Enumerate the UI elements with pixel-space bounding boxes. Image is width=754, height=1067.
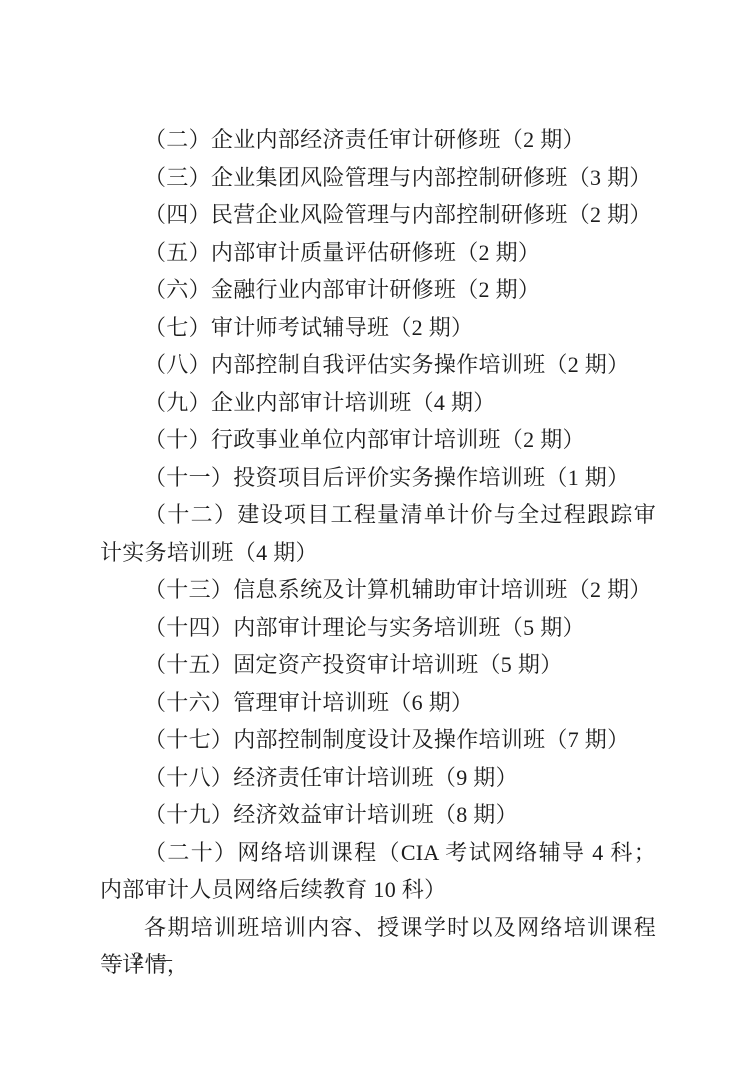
training-item-18: （十八）经济责任审计培训班（9 期） [100, 759, 656, 797]
training-item-3: （三）企业集团风险管理与内部控制研修班（3 期） [100, 159, 656, 197]
closing-paragraph: 各期培训班培训内容、授课学时以及网络培训课程等详情， [100, 909, 656, 984]
training-item-15: （十五）固定资产投资审计培训班（5 期） [100, 646, 656, 684]
training-item-9: （九）企业内部审计培训班（4 期） [100, 384, 656, 422]
training-item-16: （十六）管理审计培训班（6 期） [100, 684, 656, 722]
training-item-5: （五）内部审计质量评估研修班（2 期） [100, 234, 656, 272]
training-item-2: （二）企业内部经济责任审计研修班（2 期） [100, 121, 656, 159]
training-item-12: （十二）建设项目工程量清单计价与全过程跟踪审计实务培训班（4 期） [100, 496, 656, 571]
training-item-4: （四）民营企业风险管理与内部控制研修班（2 期） [100, 196, 656, 234]
training-item-17: （十七）内部控制制度设计及操作培训班（7 期） [100, 721, 656, 759]
document-page: （二）企业内部经济责任审计研修班（2 期） （三）企业集团风险管理与内部控制研修… [0, 0, 754, 1067]
training-item-11: （十一）投资项目后评价实务操作培训班（1 期） [100, 459, 656, 497]
training-item-8: （八）内部控制自我评估实务操作培训班（2 期） [100, 346, 656, 384]
training-item-20: （二十）网络培训课程（CIA 考试网络辅导 4 科；内部审计人员网络后续教育 1… [100, 834, 656, 909]
training-item-6: （六）金融行业内部审计研修班（2 期） [100, 271, 656, 309]
training-item-13: （十三）信息系统及计算机辅助审计培训班（2 期） [100, 571, 656, 609]
training-item-7: （七）审计师考试辅导班（2 期） [100, 309, 656, 347]
document-body: （二）企业内部经济责任审计研修班（2 期） （三）企业集团风险管理与内部控制研修… [100, 121, 656, 984]
page-number: — 2 — [103, 948, 175, 972]
training-item-10: （十）行政事业单位内部审计培训班（2 期） [100, 421, 656, 459]
training-item-19: （十九）经济效益审计培训班（8 期） [100, 796, 656, 834]
training-item-14: （十四）内部审计理论与实务培训班（5 期） [100, 609, 656, 647]
